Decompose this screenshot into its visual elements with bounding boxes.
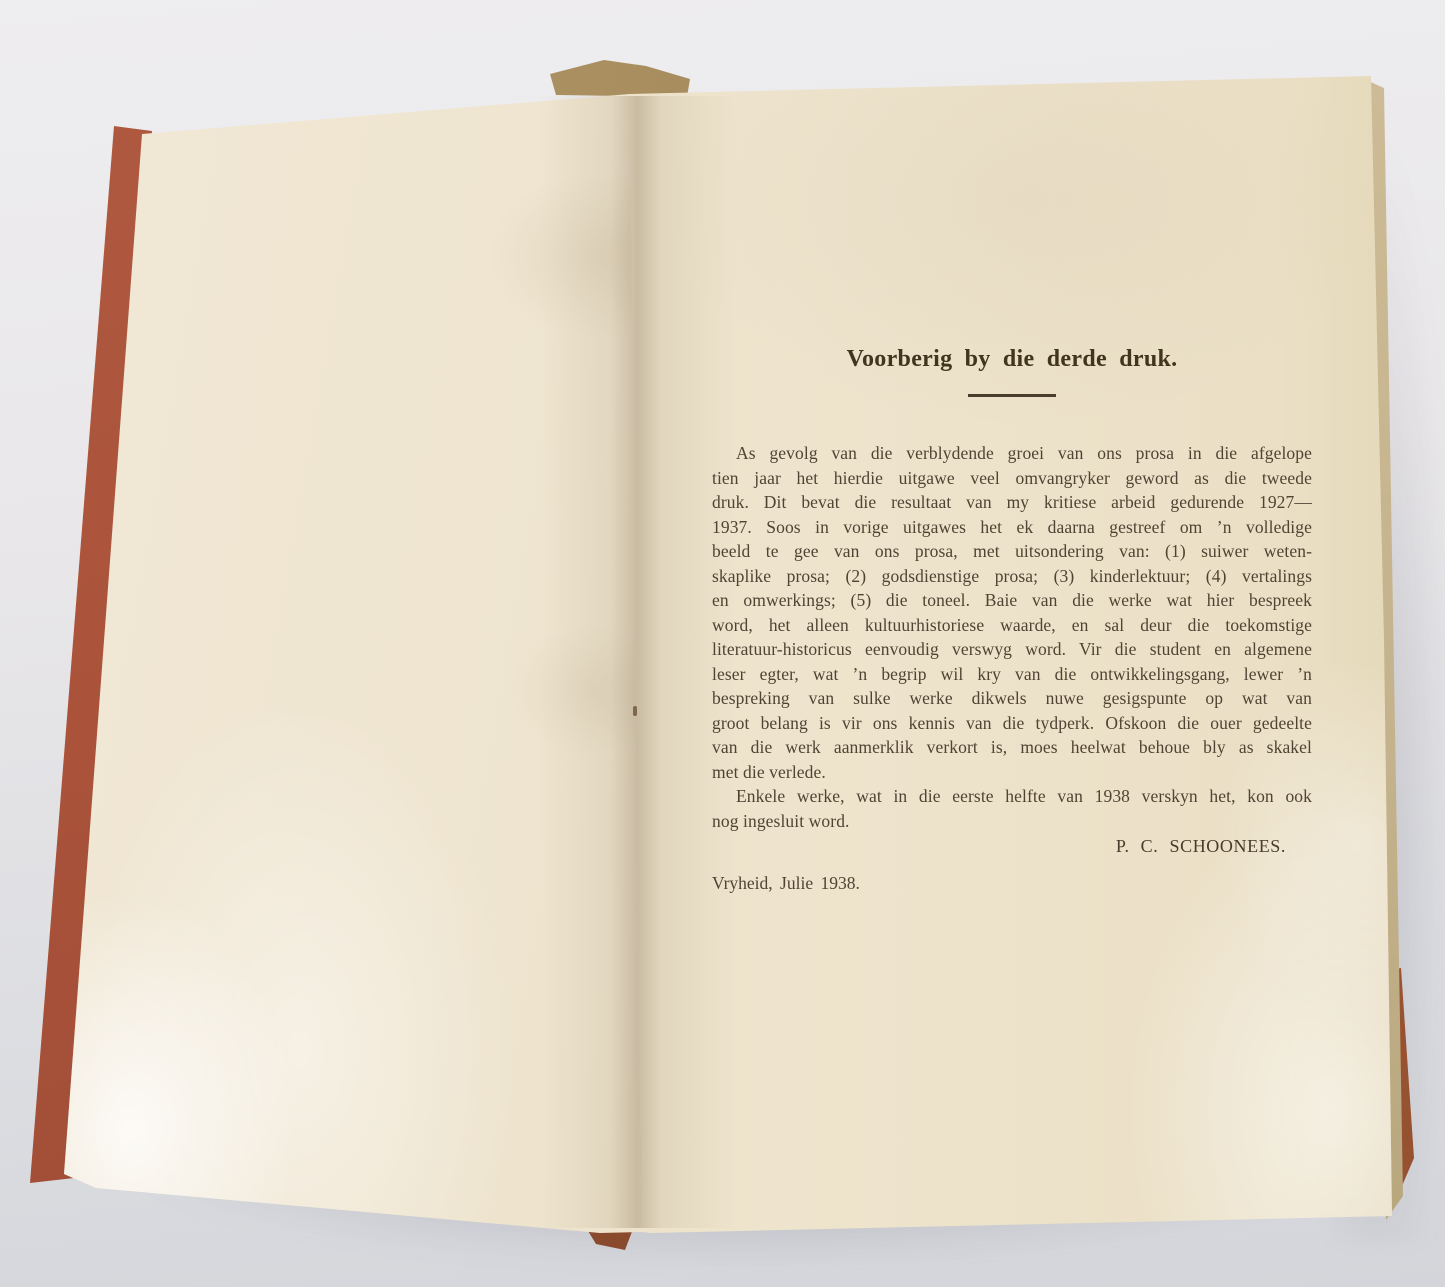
stitch-hole [633, 706, 637, 716]
photo-scene: Voorberig by die derde druk. As gevolg v… [0, 0, 1445, 1287]
text-line: druk. Dit bevat die resultaat van my kri… [712, 490, 1312, 515]
text-line: groot belang is vir ons kennis van die t… [712, 711, 1312, 736]
text-line: 1937. Soos in vorige uitgawes het ek daa… [712, 515, 1312, 540]
text-line: skaplike prosa; (2) godsdienstige prosa;… [712, 564, 1312, 589]
text-line: Enkele werke, wat in die eerste helfte v… [712, 784, 1312, 809]
text-line: As gevolg van die verblydende groei van … [712, 441, 1312, 466]
author-signature: P. C. SCHOONEES. [712, 835, 1312, 857]
text-line: word, het alleen kultuurhistoriese waard… [712, 613, 1312, 638]
dateline: Vryheid, Julie 1938. [712, 871, 1312, 895]
paragraph: As gevolg van die verblydende groei van … [712, 441, 1312, 784]
text-line: beeld te gee van ons prosa, met uitsonde… [712, 539, 1312, 564]
text-line: bespreking van sulke werke dikwels nuwe … [712, 686, 1312, 711]
preface-text-block: Voorberig by die derde druk. As gevolg v… [712, 336, 1312, 895]
text-line: leser egter, wat ’n begrip wil kry van d… [712, 662, 1312, 687]
text-line: literatuur-historicus eenvoudig verswyg … [712, 637, 1312, 662]
text-line: tien jaar het hierdie uitgawe veel omvan… [712, 466, 1312, 491]
paragraph: Enkele werke, wat in die eerste helfte v… [712, 784, 1312, 833]
text-line: en omwerkings; (5) die toneel. Baie van … [712, 588, 1312, 613]
text-line: van die werk aanmerklik verkort is, moes… [712, 735, 1312, 760]
text-line: nog ingesluit word. [712, 809, 1312, 834]
page-title: Voorberig by die derde druk. [712, 344, 1312, 374]
text-line: met die verlede. [712, 760, 1312, 785]
section-rule [968, 394, 1056, 397]
